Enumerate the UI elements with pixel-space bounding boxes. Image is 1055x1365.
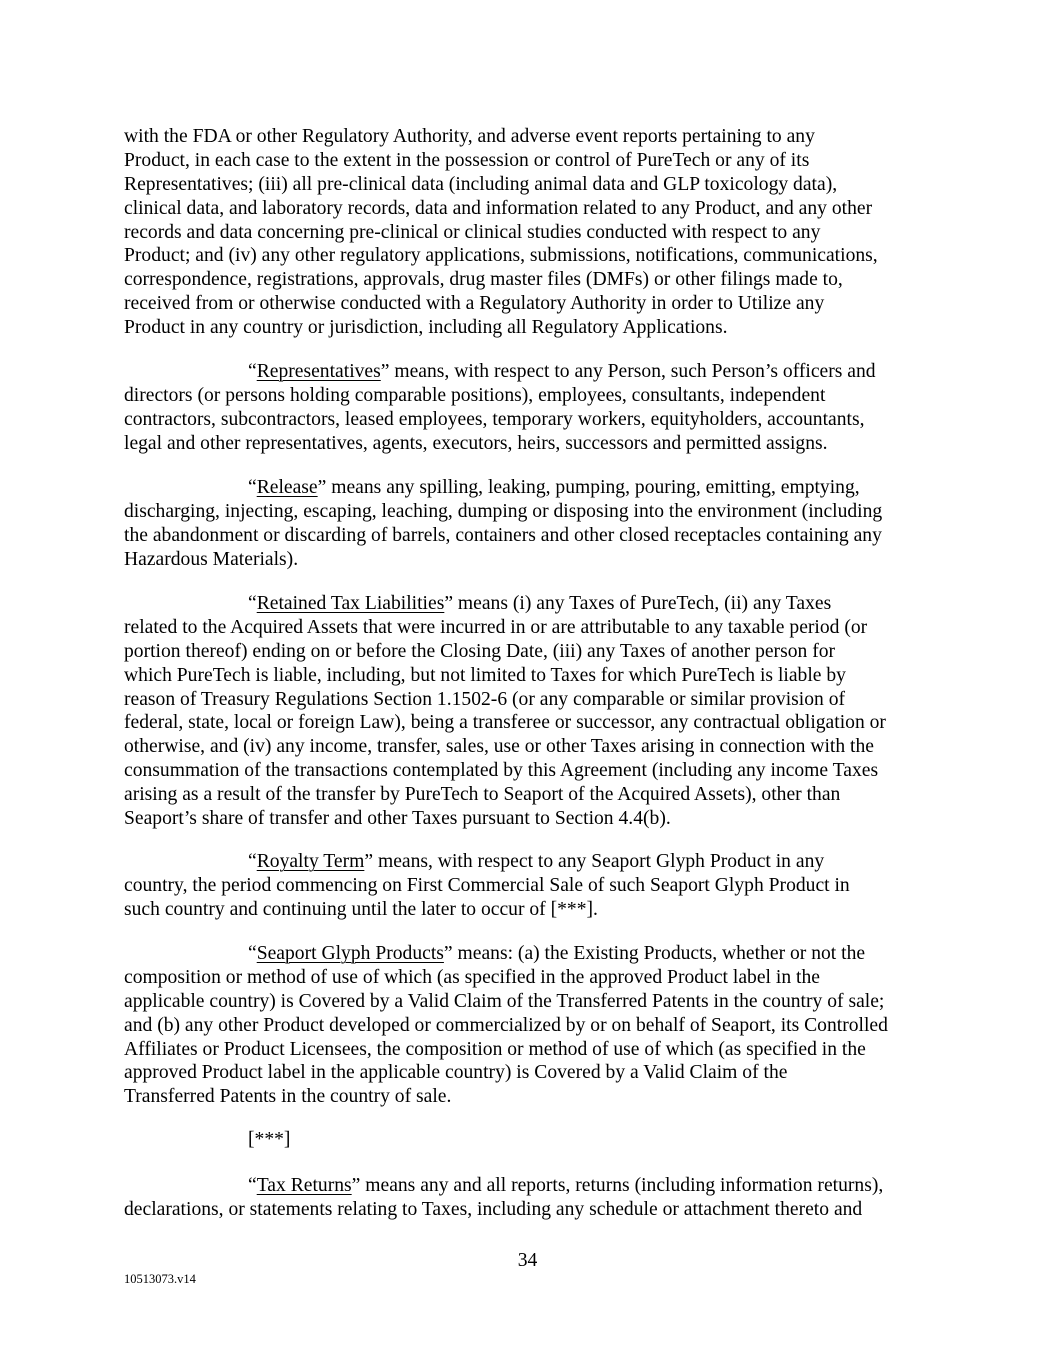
- text-line: discharging, injecting, escaping, leachi…: [124, 500, 944, 524]
- text-line: federal, state, local or foreign Law), b…: [124, 711, 944, 735]
- text-line: Representatives; (iii) all pre-clinical …: [124, 173, 944, 197]
- text-line: related to the Acquired Assets that were…: [124, 616, 944, 640]
- text-line: approved Product label in the applicable…: [124, 1061, 944, 1085]
- defined-term: Tax Returns: [257, 1175, 352, 1196]
- definition-release: “Release” means any spilling, leaking, p…: [124, 476, 944, 572]
- text-line: applicable country) is Covered by a Vali…: [124, 990, 944, 1014]
- definition-first-line: “Representatives” means, with respect to…: [124, 360, 944, 384]
- text-line: declarations, or statements relating to …: [124, 1198, 944, 1222]
- open-quote: “: [248, 943, 257, 964]
- text-line: Product, in each case to the extent in t…: [124, 149, 944, 173]
- definition-text: ” means, with respect to any Seaport Gly…: [364, 851, 824, 872]
- definition-first-line: “Release” means any spilling, leaking, p…: [124, 476, 944, 500]
- definition-first-line: “Seaport Glyph Products” means: (a) the …: [124, 942, 944, 966]
- defined-term: Royalty Term: [257, 851, 365, 872]
- definition-first-line: “Retained Tax Liabilities” means (i) any…: [124, 592, 944, 616]
- text-line: composition or method of use of which (a…: [124, 966, 944, 990]
- text-line: Product in any country or jurisdiction, …: [124, 316, 944, 340]
- text-line: Hazardous Materials).: [124, 548, 944, 572]
- definition-text: ” means (i) any Taxes of PureTech, (ii) …: [444, 593, 831, 614]
- text-line: legal and other representatives, agents,…: [124, 432, 944, 456]
- text-line: which PureTech is liable, including, but…: [124, 664, 944, 688]
- text-line: Seaport’s share of transfer and other Ta…: [124, 807, 944, 831]
- definition-text: ” means, with respect to any Person, suc…: [381, 361, 876, 382]
- defined-term: Release: [257, 477, 318, 498]
- text-line: portion thereof) ending on or before the…: [124, 640, 944, 664]
- document-id: 10513073.v14: [124, 1271, 196, 1287]
- text-line: clinical data, and laboratory records, d…: [124, 197, 944, 221]
- text-line: received from or otherwise conducted wit…: [124, 292, 944, 316]
- definition-tax-returns: “Tax Returns” means any and all reports,…: [124, 1174, 944, 1222]
- text-line: Product; and (iv) any other regulatory a…: [124, 244, 944, 268]
- redacted-text: [***]: [124, 1128, 944, 1152]
- defined-term: Retained Tax Liabilities: [257, 593, 445, 614]
- definition-text: ” means any and all reports, returns (in…: [352, 1175, 884, 1196]
- text-line: and (b) any other Product developed or c…: [124, 1014, 944, 1038]
- open-quote: “: [248, 851, 257, 872]
- text-line: the abandonment or discarding of barrels…: [124, 524, 944, 548]
- text-line: Affiliates or Product Licensees, the com…: [124, 1038, 944, 1062]
- open-quote: “: [248, 477, 257, 498]
- document-page: with the FDA or other Regulatory Authori…: [0, 0, 1055, 1365]
- text-line: directors (or persons holding comparable…: [124, 384, 944, 408]
- text-line: arising as a result of the transfer by P…: [124, 783, 944, 807]
- open-quote: “: [248, 361, 257, 382]
- continuation-paragraph: with the FDA or other Regulatory Authori…: [124, 125, 944, 340]
- text-line: country, the period commencing on First …: [124, 874, 944, 898]
- definition-royalty-term: “Royalty Term” means, with respect to an…: [124, 850, 944, 922]
- text-line: records and data concerning pre-clinical…: [124, 221, 944, 245]
- text-line: reason of Treasury Regulations Section 1…: [124, 688, 944, 712]
- defined-term: Seaport Glyph Products: [257, 943, 444, 964]
- text-line: with the FDA or other Regulatory Authori…: [124, 125, 944, 149]
- definition-text: ” means any spilling, leaking, pumping, …: [318, 477, 860, 498]
- text-line: consummation of the transactions contemp…: [124, 759, 944, 783]
- redacted-paragraph: [***]: [124, 1128, 944, 1152]
- definition-first-line: “Royalty Term” means, with respect to an…: [124, 850, 944, 874]
- text-line: such country and continuing until the la…: [124, 898, 944, 922]
- definition-retained-tax-liabilities: “Retained Tax Liabilities” means (i) any…: [124, 592, 944, 831]
- open-quote: “: [248, 593, 257, 614]
- definition-text: ” means: (a) the Existing Products, whet…: [444, 943, 865, 964]
- page-number: 34: [0, 1249, 1055, 1273]
- open-quote: “: [248, 1175, 257, 1196]
- text-line: correspondence, registrations, approvals…: [124, 268, 944, 292]
- text-line: Transferred Patents in the country of sa…: [124, 1085, 944, 1109]
- definition-representatives: “Representatives” means, with respect to…: [124, 360, 944, 456]
- definition-first-line: “Tax Returns” means any and all reports,…: [124, 1174, 944, 1198]
- text-line: contractors, subcontractors, leased empl…: [124, 408, 944, 432]
- text-line: otherwise, and (iv) any income, transfer…: [124, 735, 944, 759]
- defined-term: Representatives: [257, 361, 381, 382]
- definition-seaport-glyph-products: “Seaport Glyph Products” means: (a) the …: [124, 942, 944, 1109]
